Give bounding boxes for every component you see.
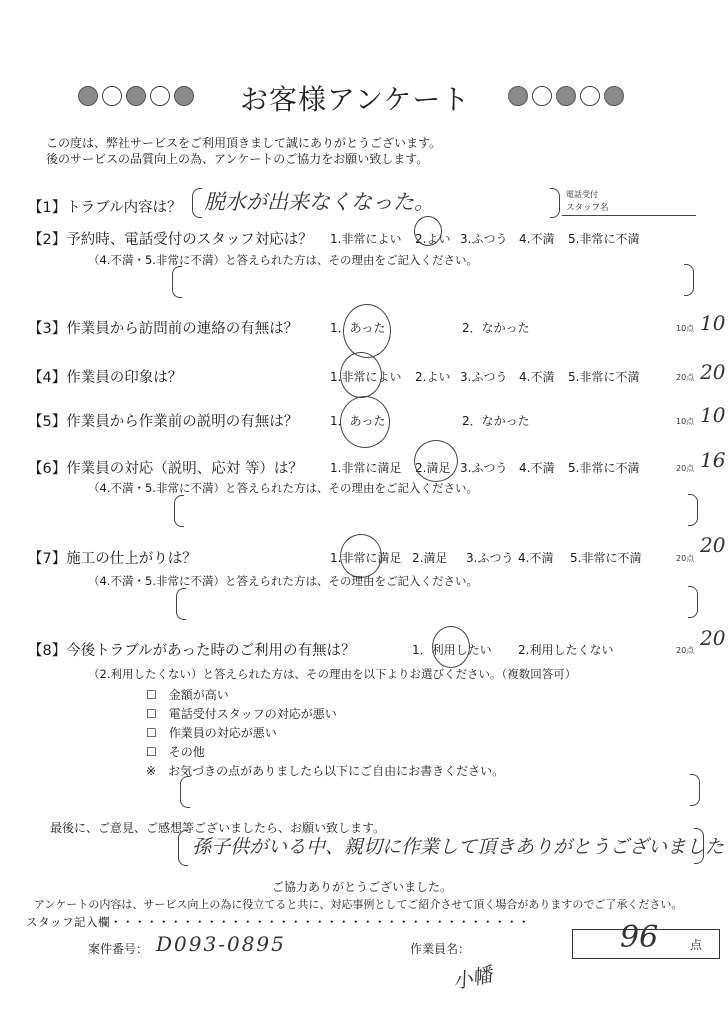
q6-reason-bracket-left[interactable]: [174, 495, 184, 527]
case-number-value[interactable]: D093-0895: [156, 932, 286, 956]
q4-max-points: 20点: [676, 372, 694, 383]
q3-option-2[interactable]: 2．なかった: [462, 319, 530, 336]
checkbox-icon[interactable]: ☐: [146, 707, 157, 721]
q6-option-5[interactable]: 5.非常に不満: [568, 459, 639, 476]
q7-selected-circle: [340, 534, 382, 578]
q7-option-4[interactable]: 4.不満: [518, 549, 553, 566]
q8-max-points: 20点: [676, 645, 694, 656]
q8-score[interactable]: 20: [700, 626, 725, 650]
staff-label-line1: 電話受付: [566, 189, 598, 200]
q4-option-3[interactable]: 3.ふつう: [460, 368, 507, 385]
score-unit: 点: [690, 936, 702, 953]
intro-line-2: 後のサービスの品質向上の為、アンケートのご協力をお願い致します。: [46, 151, 428, 167]
checkbox-label: その他: [169, 745, 205, 759]
q8-note: ※ お気づきの点がありましたら以下にご自由にお書きください。: [146, 762, 504, 779]
staff-name-line[interactable]: [562, 215, 696, 216]
q2-reason-bracket-right[interactable]: [684, 264, 694, 296]
q5-selected-circle: [340, 396, 390, 448]
filled-circle-icon: [174, 86, 194, 106]
q4-selected-circle: [340, 352, 382, 398]
q2-option-5[interactable]: 5.非常に不満: [568, 230, 639, 247]
q6-score[interactable]: 16: [700, 448, 725, 472]
q6-max-points: 20点: [676, 463, 694, 474]
q2-option-3[interactable]: 3.ふつう: [460, 230, 507, 247]
q6-label: 【6】作業員の対応（説明、応対 等）は？: [28, 457, 303, 478]
checkbox-label: 電話受付スタッフの対応が悪い: [169, 707, 337, 721]
staff-label-line2: スタッフ名: [566, 201, 609, 213]
q6-option-1[interactable]: 1.非常に満足: [330, 459, 401, 476]
q1-bracket-right: [550, 188, 560, 218]
q8-selected-circle: [432, 626, 470, 668]
q2-selected-circle: [414, 216, 442, 246]
q8-note-bracket-left[interactable]: [180, 776, 190, 808]
reference-mark-icon: ※: [146, 764, 156, 778]
q3-max-points: 10点: [676, 323, 694, 334]
q3-score[interactable]: 10: [700, 311, 725, 335]
q7-max-points: 20点: [676, 553, 694, 564]
open-circle-icon: [580, 86, 600, 106]
q6-option-3[interactable]: 3.ふつう: [460, 459, 507, 476]
q4-score[interactable]: 20: [700, 360, 725, 384]
q6-option-4[interactable]: 4.不満: [519, 459, 554, 476]
q8-checkbox-2[interactable]: ☐ 電話受付スタッフの対応が悪い: [146, 705, 337, 722]
q3-label: 【3】作業員から訪問前の連絡の有無は？: [28, 317, 298, 338]
filled-circle-icon: [556, 86, 576, 106]
q5-label: 【5】作業員から作業前の説明の有無は？: [28, 410, 298, 431]
filled-circle-icon: [78, 86, 98, 106]
final-bracket-right: [694, 828, 704, 864]
decorative-dots-right: [508, 86, 624, 106]
q6-reason-prompt: （4.不満・5.非常に不満）と答えられた方は、その理由をご記入ください。: [88, 480, 478, 496]
q4-option-2[interactable]: 2.よい: [415, 368, 450, 385]
q8-checkbox-4[interactable]: ☐ その他: [146, 743, 205, 760]
open-circle-icon: [532, 86, 552, 106]
q5-score[interactable]: 10: [700, 403, 725, 427]
staff-section-label: スタッフ記入欄・・・・・・・・・・・・・・・・・・・・・・・・・・・・・・・・・…: [26, 914, 530, 930]
note-text: お気づきの点がありましたら以下にご自由にお書きください。: [168, 764, 504, 778]
page-title: お客様アンケート: [240, 78, 470, 118]
q4-option-5[interactable]: 5.非常に不満: [568, 368, 639, 385]
total-score-value[interactable]: 96: [620, 920, 658, 955]
q8-option-2[interactable]: 2.利用したくない: [518, 641, 613, 658]
q7-option-2[interactable]: 2.満足: [412, 549, 447, 566]
q8-checkbox-1[interactable]: ☐ 金額が高い: [146, 686, 229, 703]
q5-max-points: 10点: [676, 416, 694, 427]
checkbox-icon[interactable]: ☐: [146, 726, 157, 740]
checkbox-label: 作業員の対応が悪い: [169, 726, 277, 740]
open-circle-icon: [102, 86, 122, 106]
q1-label: 【1】トラブル内容は？: [28, 196, 182, 217]
q2-option-1[interactable]: 1.非常によい: [330, 230, 401, 247]
q8-label: 【8】今後トラブルがあった時のご利用の有無は？: [28, 639, 356, 660]
q2-label: 【2】予約時、電話受付のスタッフ対応は？: [28, 228, 313, 249]
final-answer[interactable]: 孫子供がいる中、親切に作業して頂きありがとうございました: [192, 832, 724, 859]
q2-option-4[interactable]: 4.不満: [519, 230, 554, 247]
filled-circle-icon: [604, 86, 624, 106]
q1-answer[interactable]: 脱水が出来なくなった。: [204, 186, 435, 216]
q7-option-3[interactable]: 3.ふつう: [466, 549, 513, 566]
filled-circle-icon: [126, 86, 146, 106]
worker-name-label: 作業員名：: [410, 940, 470, 957]
q6-reason-bracket-right[interactable]: [688, 494, 698, 526]
q8-note-bracket-right[interactable]: [690, 774, 700, 806]
q1-bracket-left: [192, 188, 202, 218]
checkbox-icon[interactable]: ☐: [146, 688, 157, 702]
final-bracket-left: [178, 830, 188, 866]
q4-option-4[interactable]: 4.不満: [519, 368, 554, 385]
q7-reason-prompt: （4.不満・5.非常に不満）と答えられた方は、その理由をご記入ください。: [88, 573, 478, 589]
checkbox-label: 金額が高い: [169, 688, 229, 702]
worker-name-value[interactable]: 小幡: [449, 958, 494, 995]
filled-circle-icon: [508, 86, 528, 106]
q7-score[interactable]: 20: [700, 533, 725, 557]
open-circle-icon: [150, 86, 170, 106]
q5-option-2[interactable]: 2．なかった: [462, 412, 530, 429]
q7-reason-bracket-right[interactable]: [688, 586, 698, 618]
q4-label: 【4】作業員の印象は？: [28, 366, 182, 387]
q8-reason-prompt: （2.利用したくない）と答えられた方は、その理由を以下よりお選びください。（複数…: [88, 666, 576, 682]
q7-label: 【7】施工の仕上がりは？: [28, 547, 197, 568]
decorative-dots-left: [78, 86, 194, 106]
thanks-text: ご協力ありがとうございました。: [272, 879, 452, 895]
q7-reason-bracket-left[interactable]: [176, 588, 186, 620]
q8-checkbox-3[interactable]: ☐ 作業員の対応が悪い: [146, 724, 277, 741]
q2-reason-bracket-left[interactable]: [172, 266, 182, 298]
q2-reason-prompt: （4.不満・5.非常に不満）と答えられた方は、その理由をご記入ください。: [88, 252, 478, 268]
q3-selected-circle: [343, 304, 391, 358]
intro-line-1: この度は、弊社サービスをご利用頂きまして誠にありがとうございます。: [46, 135, 441, 151]
survey-header: お客様アンケート: [0, 74, 728, 118]
q6-selected-circle: [414, 440, 458, 482]
checkbox-icon[interactable]: ☐: [146, 745, 157, 759]
case-number-label: 案件番号：: [88, 940, 148, 957]
q7-option-5[interactable]: 5.非常に不満: [570, 549, 641, 566]
notice-text: アンケートの内容は、サービス向上の為に役立てると共に、対応事例としてご紹介させて…: [34, 896, 682, 912]
